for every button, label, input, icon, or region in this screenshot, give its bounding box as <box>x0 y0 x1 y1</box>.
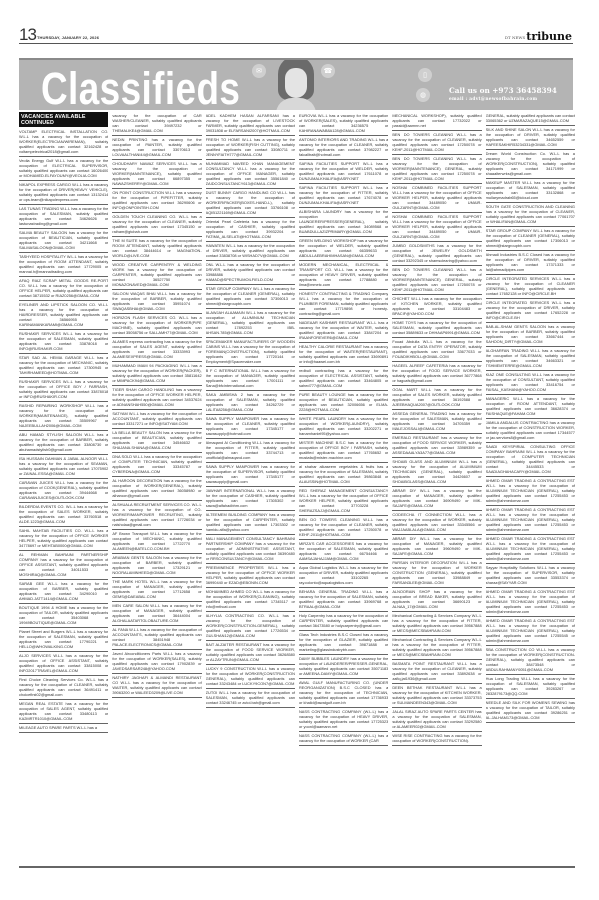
classified-ad: THE MARK HOTEL W.L.L has a vacancy for t… <box>112 578 201 602</box>
classified-ad: JAMILA ANDALUS CONTRACTING has a vacancy… <box>486 419 575 443</box>
classified-ad: EYELINER AND LIPSTICK SALOON CO. W.L.L h… <box>19 301 108 330</box>
classified-ad: MAKEUP MASTER W.L.L has a vacancy for th… <box>486 179 575 203</box>
classified-ad: MEGAN REAL ESTATE has a vacancy for the … <box>19 700 108 724</box>
classified-ad: AHMED OMAR TRADING & CONTRACTING EST W.L… <box>486 617 575 646</box>
classified-ad: TIGER SHAH CARGO HANDLING has a vacancy … <box>112 386 201 410</box>
classified-ad: MILEAGE AUTO SPARE PARTS W.L.L has a <box>19 724 108 733</box>
classified-ad: HONESTY CONTRACTING & TRADING Company W.… <box>299 290 388 319</box>
classified-ad: NEDIN PRINTING has a vacancy for the occ… <box>112 136 201 160</box>
classified-ad: KIAZ ONE CONSULTING W.L.L has a vacancy … <box>486 371 575 395</box>
classified-ad: ANTONIO INTERIORS AND TRADING W.L.L has … <box>299 136 388 160</box>
classified-ad: NASS CONTRACTING COMPANY (W.L.L) has a v… <box>299 732 388 746</box>
classified-ad: BILDERDIA EVENTS CO. W.L.L has a vacancy… <box>19 503 108 527</box>
classified-ad: Veolia Energy Gulf W.L.L has a vacancy f… <box>19 157 108 181</box>
classified-ad: Glass Tech Industries B.S.C Closed has a… <box>299 631 388 655</box>
classified-ad: Javed Airconditioners Parts W.L.L has a … <box>112 650 201 674</box>
classified-ad: BEHARA GENERAL TRADING W.L.L has a vacan… <box>299 588 388 612</box>
classified-ad: LUCKY 9 CONSTRUCTION W.L.L has a vacancy… <box>206 665 295 689</box>
classified-ad: ASSEDA GENERAL TRADING has a vacancy for… <box>392 410 481 434</box>
classified-ad: CODEECHA IT CONNECTION W.L.L has a vacan… <box>392 511 481 535</box>
classified-ad: SAFINA FACILITIES SUPPORT W.L.L has a va… <box>299 184 388 208</box>
classified-ad: GREEN WELDING WORKSHOP has a vacancy for… <box>299 237 388 261</box>
classified-ad: ALJO SERVICES W.L.L has a vacancy for th… <box>19 652 108 676</box>
avatar-illustration <box>276 60 316 110</box>
classified-ad: GOLDEN TOUCH CLEANING CO. W.L.L has a va… <box>112 213 201 237</box>
classified-ad: Mechanical Contracting & Services Compan… <box>392 612 481 636</box>
classified-ad: NASS CONTRACTING COMPANY (W.L.L) has a v… <box>299 708 388 732</box>
column-6: GENERAL, suitably qualified applicants c… <box>486 112 575 872</box>
classified-ad: SPACEMAKER MANUFACTURERS OF WOODEN CABIN… <box>206 338 295 367</box>
classified-ad: GOAL MART W.L.L has a vacancy for the oc… <box>392 386 481 410</box>
classified-ad: RUSHAKIR SERVICES W.L.L has a vacancy fo… <box>19 378 108 402</box>
ad-list: MECHANICAL WORKSHOP), suitably qualified… <box>392 112 481 746</box>
column-2: vacancy for the occupation of CAR WASHER… <box>112 112 201 872</box>
phone-icon: ☎ <box>321 64 335 78</box>
classified-ad: ALSHUALA RECRUITMENT SERVICES CO. W.L.L … <box>112 501 201 530</box>
classified-ad: AHMED OMAR TRADING & CONTRACTING EST W.L… <box>486 506 575 535</box>
classified-ad: Holy Carpentry has a vacancy for the occ… <box>299 612 388 631</box>
classified-ad: GENERAL, suitably qualified applicants c… <box>486 112 575 126</box>
classified-ad: AFAQ RIAZ SCRAP METAL GOODS RE-PORT CO. … <box>19 277 108 301</box>
column-3: ADEL KADHEM HASAN ALFARSANI has a vacanc… <box>206 112 295 872</box>
classified-ad: STAR GROUP COMPANY W.L.L has a vacancy f… <box>206 285 295 309</box>
classified-ad: First Choice Cleaning Services Co. W.L.L… <box>19 676 108 700</box>
classified-ad: NEEDLE AND SILK FOR WOMENS SEWING has a … <box>486 699 575 723</box>
classifieds-banner: Classifieds ✉ ☎ ▯ ◍ Call us on +973 3645… <box>19 58 573 110</box>
classified-ad: MUHAMMAD IMAM 94 PACKAGING W.L.L has a v… <box>112 362 201 386</box>
classified-ad: SAHIL MAHTAB FACILITIES CO. W.L.L has a … <box>19 527 108 551</box>
classified-ad: LA BELLA BEAUTY SALON has a vacancy for … <box>112 429 201 453</box>
classified-ad: WHITE PEARL LAUNDRY has a vacancy for th… <box>299 415 388 439</box>
classified-ad: NIKAPOL EXPRESS CARGO W.L.L has a vacanc… <box>19 181 108 205</box>
classified-ad: HORIZON FLASH SERVICES CO. W.L.L has a v… <box>112 314 201 338</box>
classified-ad: ABU HAMAD STYLISH SALOON W.L.L has a vac… <box>19 431 108 455</box>
column-1: VACANCIES AVAILABLE CONTINUED VOLTAMP EL… <box>19 112 108 872</box>
classified-ad: SAKA AMBISHA 2 has a vacancy for the occ… <box>206 391 295 415</box>
ad-list: GENERAL, suitably qualified applicants c… <box>486 112 575 723</box>
brand-logo: DT NEWStribune <box>505 30 572 43</box>
classified-ad: CHOUDHARY NAWAZ SERVICES W.L.L has a vac… <box>112 160 201 189</box>
classified-ad: SARAB GEE W.L.L has a vacancy for the oc… <box>19 580 108 604</box>
classified-ad: RASHID REPAIRING WORKSHOP W.L.L has a va… <box>19 402 108 431</box>
classified-ad: BAIT ALZAITER RESTAURANT has a vacancy f… <box>206 641 295 665</box>
classified-ad: ABRAR DIY W.L.L has a vacancy for the oc… <box>392 535 481 559</box>
classified-columns: VACANCIES AVAILABLE CONTINUED VOLTAMP EL… <box>19 112 575 882</box>
classified-ad: ALTEEMEM BUILDING COMPANY has a vacancy … <box>206 511 295 535</box>
classified-ad: AL REHMAN BAHRAINI PARTNERSHIP COMPANY h… <box>19 551 108 580</box>
classified-ad: SAFINA FACILITIES SUPPORT W.L.L has a va… <box>299 160 388 184</box>
classified-ad: SATYAM W.L.L has a vacancy for the occup… <box>112 410 201 429</box>
banner-title: Classifieds <box>41 63 240 110</box>
classified-ad: DEEN BETHAK RESTAURANT W.L.L has a vacan… <box>392 684 481 708</box>
classified-ad: MANAGERIC W.L.L has a vacancy for the oc… <box>486 395 575 419</box>
classified-ad: SILK AND SHINE SALON W.L.L has a vacancy… <box>486 126 575 150</box>
email-text: email : advt@newsofbahrain.com <box>449 97 537 102</box>
classified-ad: MOHAMMED AHMED CO W.L.L has a vacancy fo… <box>206 588 295 612</box>
classified-ad: SHOAIB GLASS AND ALUMINIUM W.L.L has a v… <box>392 458 481 487</box>
classified-ad: Almaqand Al Conditioning W.L.L has a vac… <box>206 439 295 463</box>
classified-ad: CARAVAN JUICES W.L.L has a vacancy for t… <box>19 479 108 503</box>
classified-ad: ONL W.L.L has a vacancy for the occupati… <box>206 261 295 285</box>
classified-ad: NATHIRY JAGHAFI & ALMANDI RESTAURANT CO … <box>112 674 201 698</box>
page-header: 13 THURSDAY, JANUARY 22, 2026 DT NEWStri… <box>19 26 573 44</box>
classified-ad: SALMA BEAUTY SALOON has a vacancy for th… <box>19 229 108 253</box>
tablet-icon: ▯ <box>418 68 432 82</box>
classified-ad: AL HAROON DECORATION has a vacancy for t… <box>112 477 201 501</box>
classified-ad: HEALTHY CALORIE RESTAURANT has a vacancy… <box>299 343 388 367</box>
classified-ad: DAMY BUBBLES LAUNDRY has a vacancy for t… <box>299 655 388 679</box>
classified-ad: B F C INTERNATIONAL W.L.L has a vacancy … <box>206 367 295 391</box>
classified-ad: NOSHAI COMBINED FACILITIES SUPPORT W.L.L… <box>392 184 481 213</box>
classified-ad: Sayyar Hospitality Solutions W.L.L has a… <box>486 564 575 588</box>
classified-ad: BAB-AL-SHAM GENTS SALOON has a vacancy f… <box>486 323 575 347</box>
classified-ad: HAWATEN W.L.L has a vacancy for the occu… <box>206 242 295 261</box>
classified-ad: SALOON WAQAS BHAI W.L.L has a vacancy fo… <box>112 290 201 314</box>
classified-ad: ON POINT CONSTRUCTION W.L.L has a vacanc… <box>112 189 201 213</box>
ad-list: vacancy for the occupation of CAR WASHER… <box>112 112 201 698</box>
classified-ad: BEN DO TOWERS CLEANING W.L.L has a vacan… <box>299 516 388 540</box>
classified-ad: BEN DO TOWERS CLEANING W.L.L has a vacan… <box>392 131 481 155</box>
classified-ad: BEN DO TOWERS CLEANING W.L.L has a vacan… <box>392 155 481 184</box>
classified-ad: al shahar alkaseem vegetables & fruits h… <box>299 463 388 487</box>
ad-list: VOLTAMP ELECTRICAL INSTALLATION CO. W.L.… <box>19 128 108 733</box>
classified-ad: ALGHARFAN TRADING W.L.L has a vacancy fo… <box>486 347 575 371</box>
page-number: 13 <box>19 26 36 43</box>
classified-ad: PURE BEAUTY LOUNGE has a vacancy for the… <box>299 391 388 415</box>
classified-ad: SBA CONSTRUCTION CO W.L.L has a vacancy … <box>486 646 575 675</box>
bottom-rule <box>19 866 575 868</box>
classified-ad: CHICHET W.L.L has a vacancy for the occu… <box>392 295 481 319</box>
column-4: EUROVIA W.L.L has a vacancy for the occu… <box>299 112 388 872</box>
classified-ad: Ahmadi Industries B.S.C Closed has a vac… <box>486 251 575 275</box>
classified-ad: Planet Street and Burgers W.L.L has a va… <box>19 628 108 652</box>
classified-ad: AWAL GULF MANUFACTURING CO. (UNDER REORG… <box>299 679 388 708</box>
classified-ad: HAGEEL ALREEF CAFETERIA has a vacancy fo… <box>392 362 481 386</box>
classified-ad: CIRCLE INTEGRATED SERVICES W.L.L has a v… <box>486 299 575 323</box>
globe-icon: ◍ <box>416 88 430 102</box>
classified-ad: EMERALD RESTAURANT has a vacancy for the… <box>392 434 481 458</box>
classified-ad: AF Brown Transport W.L.L has a vacancy f… <box>112 530 201 554</box>
column-5: MECHANICAL WORKSHOP), suitably qualified… <box>392 112 481 872</box>
section-heading: VACANCIES AVAILABLE CONTINUED <box>19 112 108 127</box>
mail-icon: ✉ <box>252 64 266 78</box>
call-us-text: Call us on +973 36458394 <box>449 86 557 95</box>
classified-ad: RED SHERAZ MANAGEMENT CONSULTANCY W.L.L … <box>299 487 388 516</box>
classified-ad: AHMED OMAR TRADING & CONTRACTING EST W.L… <box>486 477 575 506</box>
classified-ad: FRESH TO HOME W.L.L has a vacancy for th… <box>206 136 295 160</box>
classified-ad: AHMED OMAR TRADING & CONTRACTING EST W.L… <box>486 588 575 617</box>
classified-ad: AHMED OMAR TRADING & CONTRACTING EST W.L… <box>486 535 575 564</box>
classified-ad: Aqua Global Logistics W.L.L has a vacanc… <box>299 564 388 588</box>
classified-ad: EUROVIA W.L.L has a vacancy for the occu… <box>299 112 388 136</box>
ad-list: EUROVIA W.L.L has a vacancy for the occu… <box>299 112 388 746</box>
classified-ad: VOLTAMP ELECTRICAL INSTALLATION CO. W.L.… <box>19 128 108 157</box>
classified-ad: SAWA SUPPLY MANPOWER has a vacancy for t… <box>206 415 295 439</box>
classified-ad: ALBISHARA LAUNDRY has a vacancy for the … <box>299 208 388 237</box>
classified-ad: MALI MANAGEMENT CONSULTANCY BAHRAINI PAR… <box>206 535 295 564</box>
classified-ad: PREEMINENCE PROPERTIES W.L.L has a vacan… <box>206 564 295 588</box>
classified-ad: MISTER MACHINE B.S.C has a vacancy for t… <box>299 439 388 463</box>
classified-ad: ALNOORAIN SHOP has a vacancy for the occ… <box>392 588 481 612</box>
classified-ad: ALAMES express contracting has a vacancy… <box>112 338 201 362</box>
classified-ad: ZUTOI W.L.L has a vacancy for the occupa… <box>206 689 295 708</box>
classified-ad: BOUTIQUE 1994 & HOME has a vacancy for t… <box>19 604 108 628</box>
classified-ad: STAR SAD AL HEMIA GARAGE W.L.L has a vac… <box>19 354 108 378</box>
classified-ad: THE M SUITE has a vacancy for the occupa… <box>112 237 201 261</box>
classified-ad: PARSAN INTERIOR DECORATION W.L.L has a v… <box>392 559 481 588</box>
classified-ad: HOME TOYS has a vacancy for the occupati… <box>392 319 481 338</box>
classified-ad: DNA SOLD W.L.L has a vacancy for the occ… <box>112 453 201 477</box>
classified-ad: ABRAR DIY W.L.L has a vacancy for the oc… <box>392 487 481 511</box>
classified-ad: vacancy for the occupation of CAR WASHER… <box>112 112 201 136</box>
classified-ad: ALAWJAH ALAAMAIN W.L.L has a vacancy for… <box>206 309 295 338</box>
classified-ad: ALHYLIA CONTRACTING CO. W.L.L has a vaca… <box>206 612 295 641</box>
classified-ad: BEN DO TOWERS CLEANING W.L.L has a vacan… <box>392 266 481 295</box>
classified-ad: STAR GROUP COMPANY W.L.L has a vacancy f… <box>486 227 575 251</box>
classified-ad: LAS TUNAS TRADING W.L.L has a vacancy fo… <box>19 205 108 229</box>
classified-ad: ISA HUSSAIN DAHMAN & JABAL ALNOOR W.L.L … <box>19 455 108 479</box>
classified-ad: JAWHAR INTERNATIONAL W.L.L has a vacancy… <box>206 487 295 511</box>
classified-ad: redbull contracting has a vacancy for th… <box>299 367 388 391</box>
classified-ad: WISE RISE CONTRACTING has a vacancy for … <box>392 732 481 746</box>
classified-ad: ARABIAN GENTS SALOON has a vacancy for t… <box>112 554 201 578</box>
ad-list: ADEL KADHEM HASAN ALFARSANI has a vacanc… <box>206 112 295 708</box>
classified-ad: TASHYEED HOSPITALITY W.L.L has a vacancy… <box>19 253 108 277</box>
page-date: THURSDAY, JANUARY 22, 2026 <box>37 35 99 40</box>
classified-ad: Hua Long Trading W.L.L has a vacancy for… <box>486 675 575 699</box>
classified-ad: JALAL SIRAZ AUTO SPARE PARTS CENTER has … <box>392 708 481 732</box>
classified-ad: BASMATA POINT RESTAURANT W.L.L has a vac… <box>392 660 481 684</box>
classified-ad: CIRCLE INTEGRATED SERVICES W.L.L has a v… <box>486 275 575 299</box>
classified-ad: WOOD CREATIVE CARPENTRY & WELDING WORK h… <box>112 261 201 290</box>
brand-name: tribune <box>526 30 572 43</box>
brand-prefix: DT NEWS <box>505 35 525 40</box>
classified-ad: SOUTH GATE CONSTRUCTION AND CLEANING has… <box>486 203 575 227</box>
classified-ad: Oriental Pearl Cafeteria has a vacancy f… <box>206 218 295 242</box>
classified-ad: MUHAMMAD NAVEED KHAN MANAGEMENT CONSULTA… <box>206 160 295 189</box>
classified-ad: NADEAAR KASHMIR RESTAURANT W.L.L has a v… <box>299 319 388 343</box>
classified-ad: AL FANA W.L.L has a vacancy for the occu… <box>112 626 201 650</box>
classified-ad: ADEL KADHEM HASAN ALFARSANI has a vacanc… <box>206 112 295 136</box>
classified-ad: MODERN MECHANICAL, ELECTRICAL & TRANSPOR… <box>299 261 388 290</box>
classified-ad: Fouad Abdulla W.L.L has a vacancy for th… <box>392 338 481 362</box>
classified-ad: SAWA SUPPLY MANPOWER has a vacancy for t… <box>206 463 295 487</box>
classified-ad: MEN CARE SALON W.L.L has a vacancy for t… <box>112 602 201 626</box>
classified-ad: NOSHAI COMBINED FACILITIES SUPPORT W.L.L… <box>392 213 481 242</box>
classified-ad: Dream World Construction Co. W.L.L has a… <box>486 150 575 179</box>
classified-ad: MECHANICAL WORKSHOP), suitably qualified… <box>392 112 481 131</box>
classified-ad: Mechanical Contracting & Services Compan… <box>392 636 481 660</box>
classified-ad: JUMBO GOLDSMITHS has a vacancy for the o… <box>392 242 481 266</box>
classified-ad: SAADI KEYSPIRIAL CONSULTING OFFICE COMPA… <box>486 443 575 477</box>
classified-ad: MIRZA'S CAR ACCESSORIES has a vacancy fo… <box>299 540 388 564</box>
classified-ad: DUST BUNNY CARGO HANDLING CO W.L.L has a… <box>206 189 295 218</box>
classified-ad: RUSHAKIR SERVICES W.L.L has a vacancy fo… <box>19 330 108 354</box>
